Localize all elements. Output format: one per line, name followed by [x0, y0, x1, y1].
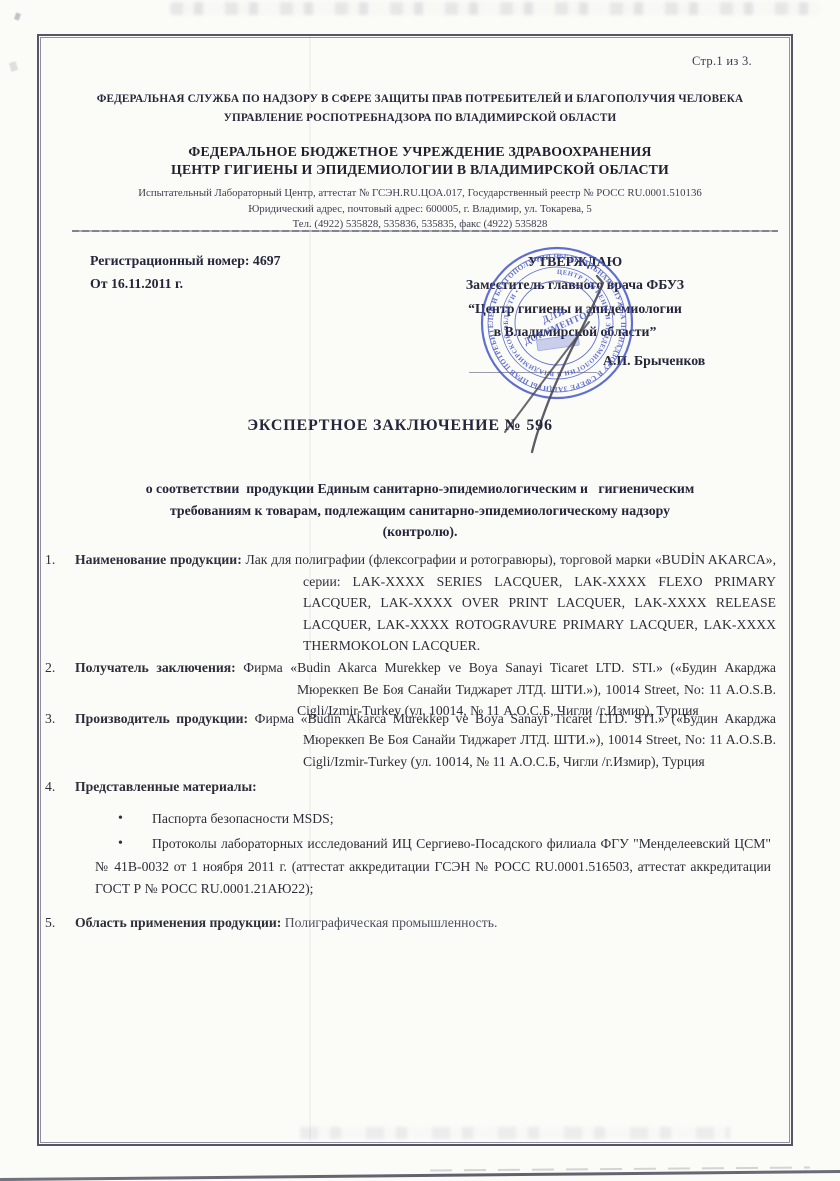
scan-bleed-through-top — [170, 2, 820, 15]
scan-speck — [14, 12, 21, 20]
bullet-item-1: •Паспорта безопасности MSDS; — [95, 808, 771, 831]
scan-bleed-through-bottom — [300, 1127, 730, 1139]
letterhead-accreditation: Испытательный Лабораторный Центр, аттест… — [40, 186, 800, 202]
item-4-text: Представленные материалы: — [75, 776, 776, 798]
scan-page-edge-line — [0, 1170, 840, 1181]
list-item-3: 3. Производитель продукции: Фирма «Budin… — [45, 708, 776, 773]
scanned-document-page: Стр.1 из 3. ФЕДЕРАЛЬНАЯ СЛУЖБА ПО НАДЗОР… — [0, 0, 840, 1181]
item-5-value: Полиграфическая промышленность. — [285, 915, 498, 930]
letterhead-org-line1: ФЕДЕРАЛЬНОЕ БЮДЖЕТНОЕ УЧРЕЖДЕНИЕ ЗДРАВОО… — [40, 143, 800, 161]
bullet-1-text: Паспорта безопасности MSDS; — [152, 811, 334, 826]
registration-block: Регистрационный номер: 4697 От 16.11.201… — [90, 250, 281, 295]
item-3-text: Производитель продукции: Фирма «Budin Ak… — [75, 708, 776, 773]
item-4-number: 4. — [45, 776, 75, 798]
bullet-2-text: Протоколы лабораторных исследований ИЦ С… — [95, 836, 771, 896]
bullet-item-2: •Протоколы лабораторных исследований ИЦ … — [95, 833, 771, 901]
list-item-5: 5. Область применения продукции: Полигра… — [45, 912, 776, 934]
item-1-text: Наименование продукции: Лак для полиграф… — [75, 549, 776, 657]
letterhead-address: Юридический адрес, почтовый адрес: 60000… — [40, 202, 800, 218]
letterhead-agency-line2: УПРАВЛЕНИЕ РОСПОТРЕБНАДЗОРА ПО ВЛАДИМИРС… — [40, 109, 800, 128]
item-3-label: Производитель продукции: — [75, 711, 248, 726]
letterhead-divider-rule — [72, 230, 778, 232]
item-5-label: Область применения продукции: — [75, 915, 281, 930]
item-1-value: Лак для полиграфии (флексографии и ротог… — [245, 552, 776, 653]
document-subtitle: о соответствии продукции Единым санитарн… — [60, 478, 780, 543]
list-item-1: 1. Наименование продукции: Лак для полиг… — [45, 549, 776, 657]
items-list: 1. Наименование продукции: Лак для полиг… — [45, 549, 776, 934]
registration-number: Регистрационный номер: 4697 — [90, 250, 281, 273]
item-2-label: Получатель заключения: — [75, 660, 236, 675]
item-3-number: 3. — [45, 708, 75, 773]
scan-speck — [9, 61, 18, 72]
letterhead-org-line2: ЦЕНТР ГИГИЕНЫ И ЭПИДЕМИОЛОГИИ В ВЛАДИМИР… — [40, 161, 800, 179]
document-title: ЭКСПЕРТНОЕ ЗАКЛЮЧЕНИЕ № 596 — [0, 417, 800, 435]
list-item-4: 4. Представленные материалы: — [45, 776, 776, 798]
letterhead: ФЕДЕРАЛЬНАЯ СЛУЖБА ПО НАДЗОРУ В СФЕРЕ ЗА… — [40, 90, 800, 233]
item-3-value: Фирма «Budin Akarca Murekkep ve Boya San… — [255, 711, 776, 769]
item-5-text: Область применения продукции: Полиграфич… — [75, 912, 776, 934]
page-indicator: Стр.1 из 3. — [692, 54, 752, 69]
item-5-number: 5. — [45, 912, 75, 934]
bullet-dot: • — [118, 833, 123, 856]
registration-date: От 16.11.2011 г. — [90, 273, 281, 296]
item-4-label: Представленные материалы: — [75, 779, 257, 794]
item-1-label: Наименование продукции: — [75, 552, 242, 567]
bullet-dot: • — [118, 808, 123, 831]
letterhead-agency-line1: ФЕДЕРАЛЬНАЯ СЛУЖБА ПО НАДЗОРУ В СФЕРЕ ЗА… — [40, 90, 800, 109]
item-1-number: 1. — [45, 549, 75, 657]
materials-bullet-list: •Паспорта безопасности MSDS; •Протоколы … — [95, 808, 771, 901]
